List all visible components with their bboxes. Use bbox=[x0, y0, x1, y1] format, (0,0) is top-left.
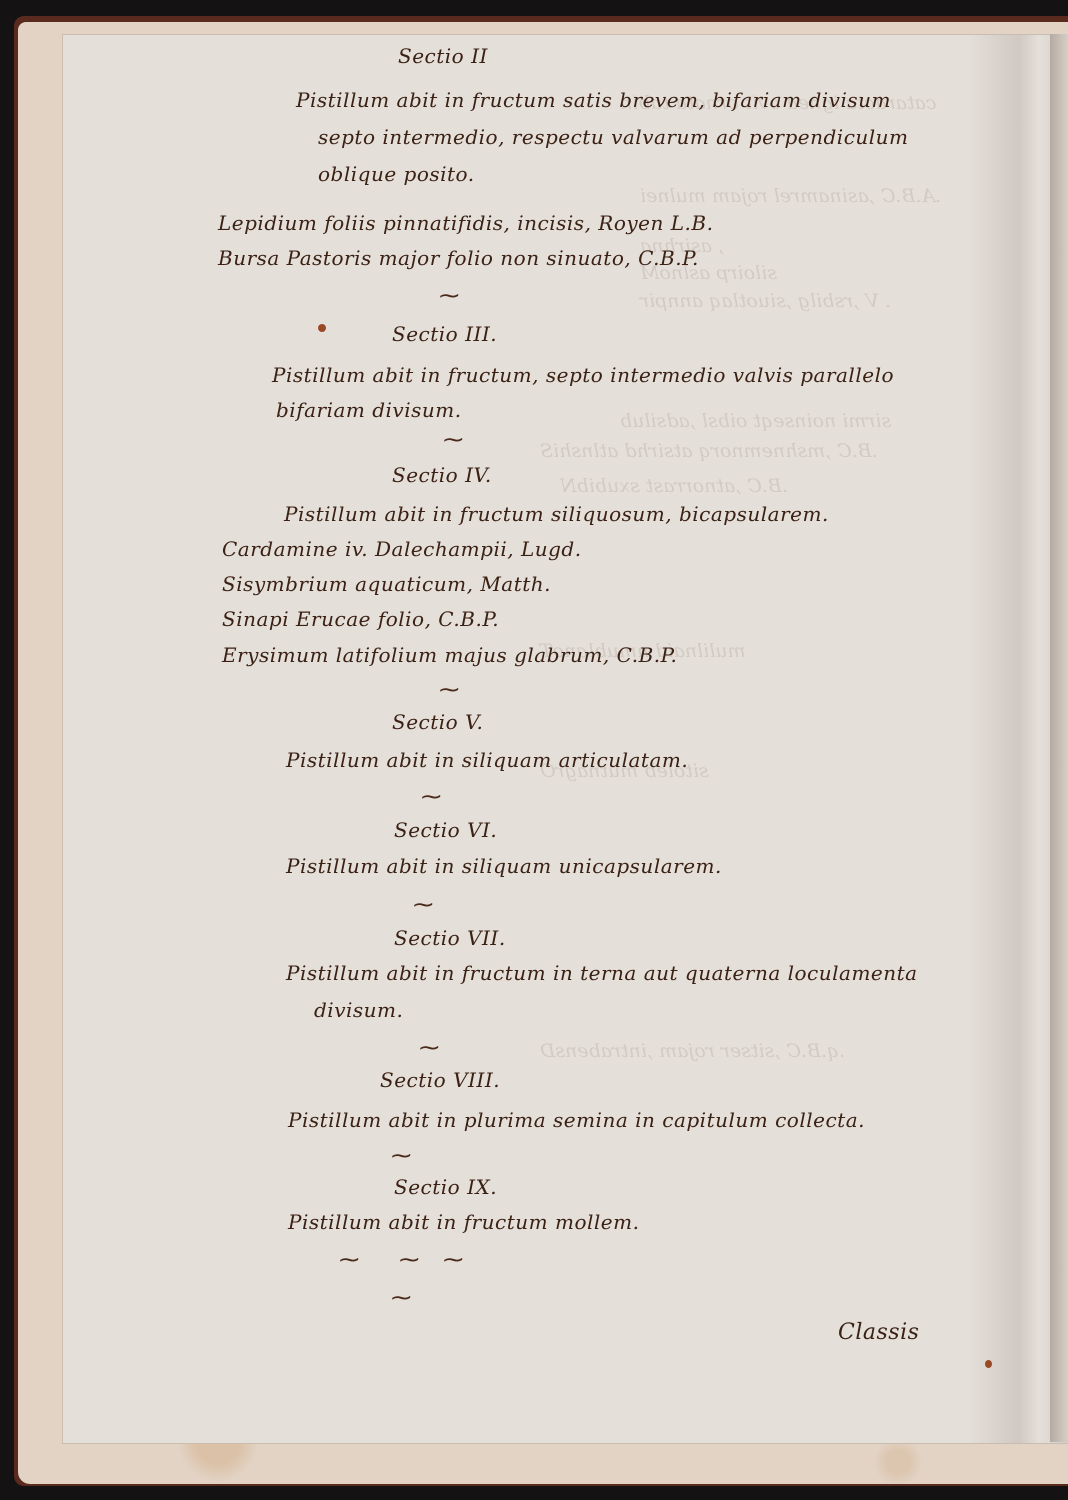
species-entry: Cardamine iv. Dalechampii, Lugd. bbox=[222, 537, 582, 561]
species-entry: Bursa Pastoris major folio non sinuato, … bbox=[218, 246, 699, 270]
section-description-line: septo intermedio, respectu valvarum ad p… bbox=[318, 125, 909, 149]
species-entry: Sinapi Erucae folio, C.B.P. bbox=[222, 607, 499, 631]
ornament-tilde: ~ bbox=[441, 1248, 465, 1273]
section-description-line: divisum. bbox=[314, 998, 403, 1022]
ornament-tilde: ~ bbox=[441, 428, 465, 453]
ornament-tilde: ~ bbox=[417, 1036, 441, 1061]
section-heading: Sectio VII. bbox=[394, 926, 506, 950]
bleed-through-text: . V ,rsbilg ,siuotlaq annpir bbox=[640, 290, 891, 312]
bleed-through-text: sirmi noinseqt oibsl ,adsilub bbox=[620, 410, 891, 432]
page-gutter bbox=[1050, 34, 1068, 1442]
section-heading: Sectio III. bbox=[392, 322, 497, 346]
species-entry: Erysimum latifolium majus glabrum, C.B.P… bbox=[222, 643, 677, 667]
section-heading: Sectio IX. bbox=[394, 1175, 497, 1199]
bleed-through-text: .q.B.C ,sitser rojam ,intrabensD bbox=[540, 1040, 845, 1062]
section-description-line: Pistillum abit in siliquam unicapsularem… bbox=[286, 854, 722, 878]
section-description-line: Pistillum abit in plurima semina in capi… bbox=[288, 1108, 865, 1132]
section-description-line: Pistillum abit in fructum, septo interme… bbox=[272, 363, 894, 387]
section-description-line: bifariam divisum. bbox=[276, 398, 462, 422]
ornament-tilde: ~ bbox=[411, 893, 435, 918]
section-description-line: Pistillum abit in fructum in terna aut q… bbox=[286, 961, 918, 985]
catchword: Classis bbox=[838, 1320, 919, 1345]
section-heading: Sectio II bbox=[398, 44, 488, 68]
ornament-tilde: ~ bbox=[397, 1248, 421, 1273]
section-heading: Sectio IV. bbox=[392, 463, 492, 487]
ornament-tilde: ~ bbox=[437, 678, 461, 703]
section-description-line: Pistillum abit in fructum siliquosum, bi… bbox=[284, 502, 829, 526]
species-entry: Lepidium foliis pinnatifidis, incisis, R… bbox=[218, 211, 713, 235]
ink-stain bbox=[318, 324, 326, 332]
bleed-through-text: .A.B.C ,asinamrel rojam mulnei bbox=[640, 185, 941, 207]
section-description-line: oblique posito. bbox=[318, 162, 475, 186]
ornament-tilde: ~ bbox=[389, 1286, 413, 1311]
ornament-tilde: ~ bbox=[437, 284, 461, 309]
section-description-line: Pistillum abit in fructum satis brevem, … bbox=[296, 88, 891, 112]
section-heading: Sectio VIII. bbox=[380, 1068, 500, 1092]
ink-stain bbox=[985, 1360, 992, 1368]
bleed-through-text: .B.C ,atnorrast sxubibN bbox=[560, 475, 788, 497]
ornament-tilde: ~ bbox=[419, 785, 443, 810]
bleed-through-text: .B.C ,mshnemnorq atsirhd atlnshiS bbox=[540, 440, 878, 462]
section-description-line: Pistillum abit in fructum mollem. bbox=[288, 1210, 639, 1234]
section-heading: Sectio V. bbox=[392, 710, 483, 734]
ornament-tilde: ~ bbox=[389, 1144, 413, 1169]
section-heading: Sectio VI. bbox=[394, 818, 497, 842]
ornament-tilde: ~ bbox=[337, 1248, 361, 1273]
species-entry: Sisymbrium aquaticum, Matth. bbox=[222, 572, 551, 596]
section-description-line: Pistillum abit in siliquam articulatam. bbox=[286, 748, 688, 772]
